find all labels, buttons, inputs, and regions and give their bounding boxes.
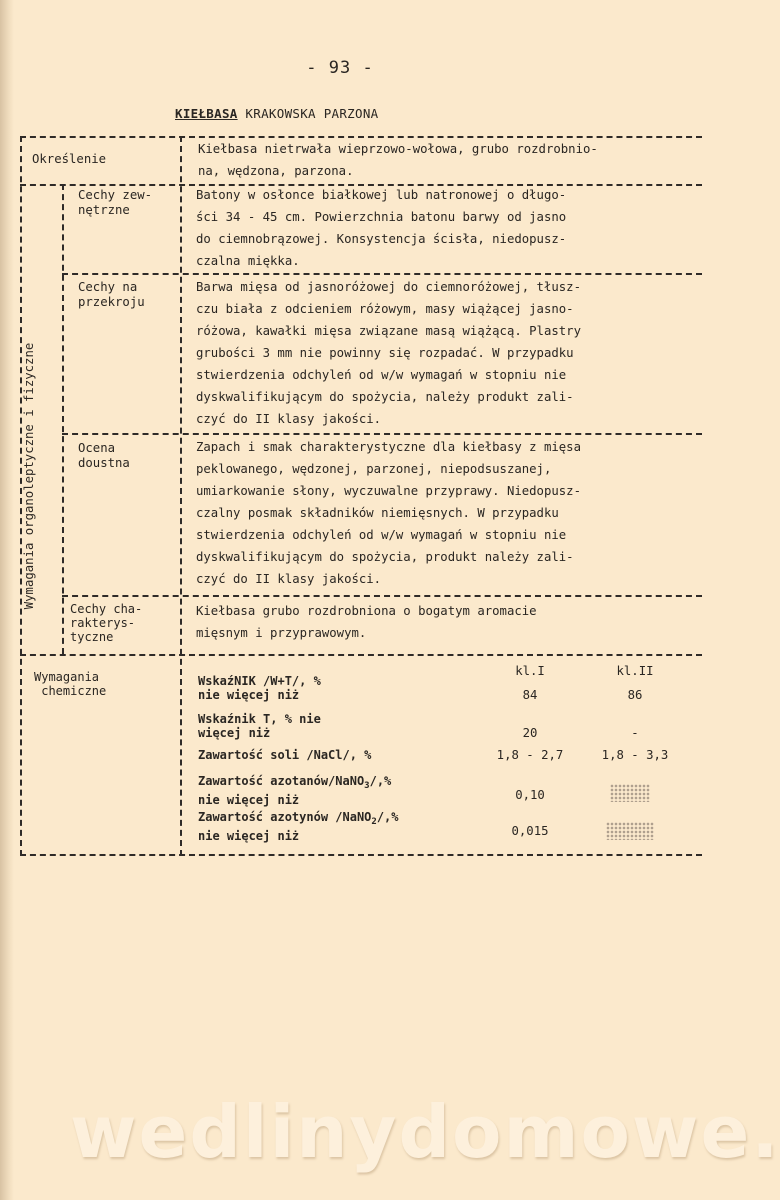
- row-label-charakterystyczne: Cechy cha- rakterys- tyczne: [70, 602, 142, 644]
- chem-row-wt-kl2: 86: [600, 688, 670, 702]
- row-text-doustna: Zapach i smak charakterystyczne dla kieł…: [196, 436, 581, 590]
- col-header-kl1: kl.I: [495, 664, 565, 678]
- okreslenie-label: Określenie: [32, 152, 106, 167]
- chemical-label: Wymagania chemiczne: [34, 670, 106, 698]
- chem-row-nano2-name: Zawartość azotynów /NaNO: [198, 810, 371, 824]
- chem-row-nacl-kl1: 1,8 - 2,7: [482, 748, 578, 762]
- row-text-charakterystyczne: Kiełbasa grubo rozdrobniona o bogatym ar…: [196, 600, 537, 644]
- rule-after-organoleptic: [20, 654, 702, 656]
- page-number: - 93 -: [300, 58, 380, 78]
- row-label-doustna: Ocena doustna: [78, 441, 130, 471]
- smudge-mark: [610, 784, 650, 802]
- rule-after-doustna: [62, 595, 702, 597]
- chem-row-t: Wskaźnik T, % nie więcej niż: [198, 712, 321, 740]
- rule-label-col: [180, 136, 182, 856]
- chem-row-nacl: Zawartość soli /NaCl/, %: [198, 748, 371, 762]
- document-title: KIEŁBASA KRAKOWSKA PARZONA: [175, 106, 378, 121]
- rule-after-zewnetrzne: [62, 273, 702, 275]
- title-rest: KRAKOWSKA PARZONA: [238, 106, 379, 121]
- chem-row-t-name: Wskaźnik T, % nie więcej niż: [198, 712, 321, 740]
- organoleptic-group-label: Wymagania organoleptyczne i fizyczne: [22, 311, 42, 641]
- rule-after-przekroju: [62, 433, 702, 435]
- row-text-zewnetrzne: Batony w osłonce białkowej lub natronowe…: [196, 184, 566, 272]
- col-header-kl2: kl.II: [600, 664, 670, 678]
- chem-row-wt: WskaźNIK /W+T/, % nie więcej niż: [198, 674, 321, 702]
- chem-row-wt-kl1: 84: [495, 688, 565, 702]
- specification-table: Określenie Kiełbasa nietrwała wieprzowo-…: [20, 136, 702, 856]
- chem-row-nacl-kl2: 1,8 - 3,3: [587, 748, 683, 762]
- smudge-mark: [606, 822, 654, 840]
- okreslenie-text: Kiełbasa nietrwała wieprzowo-wołowa, gru…: [198, 138, 598, 182]
- row-text-przekroju: Barwa mięsa od jasnoróżowej do ciemnoróż…: [196, 276, 581, 430]
- rule-group-col: [62, 184, 64, 654]
- chem-row-nano3: Zawartość azotanów/NaNO3/,% nie więcej n…: [198, 774, 391, 807]
- title-first-word: KIEŁBASA: [175, 106, 238, 121]
- chem-row-nano2: Zawartość azotynów /NaNO2/,% nie więcej …: [198, 810, 399, 843]
- watermark: wedlinydomowe.pl: [70, 1090, 730, 1174]
- chem-row-nano2-kl1: 0,015: [495, 824, 565, 838]
- row-label-przekroju: Cechy na przekroju: [78, 280, 145, 310]
- chem-row-nano3-kl1: 0,10: [495, 788, 565, 802]
- chem-row-t-kl2: -: [600, 726, 670, 740]
- chem-row-nano3-name: Zawartość azotanów/NaNO: [198, 774, 364, 788]
- chem-row-nacl-name: Zawartość soli /NaCl/, %: [198, 748, 371, 762]
- row-label-zewnetrzne: Cechy zew- nętrzne: [78, 188, 152, 218]
- rule-bottom: [20, 854, 702, 856]
- chem-row-t-kl1: 20: [495, 726, 565, 740]
- book-spine-shadow: [0, 0, 14, 1200]
- chem-row-wt-name: WskaźNIK /W+T/, % nie więcej niż: [198, 674, 321, 702]
